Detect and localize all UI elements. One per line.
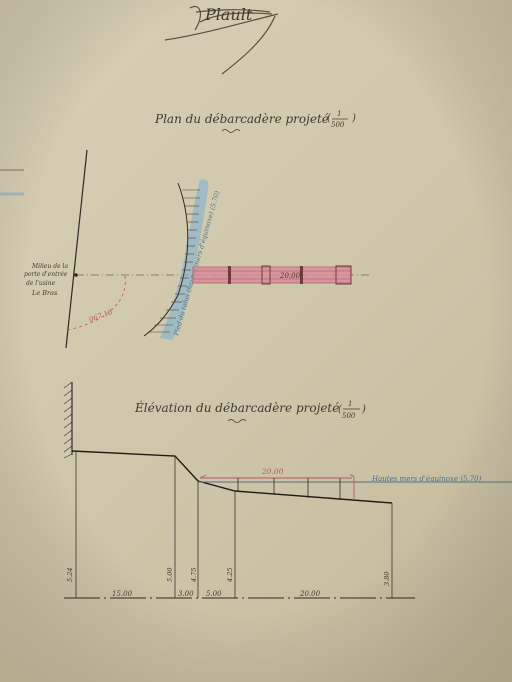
svg-text:3.80: 3.80 [383,572,391,586]
svg-text:5.00: 5.00 [206,590,222,598]
elevation-scale-num: 1 [348,400,352,408]
svg-text:20.00: 20.00 [299,590,321,598]
svg-text:Le Bras: Le Bras [31,289,58,297]
plan-scale-num: 1 [337,110,341,118]
svg-text:5.00: 5.00 [166,568,174,582]
svg-text:4.75: 4.75 [190,568,198,583]
svg-text:15.00: 15.00 [112,590,133,598]
plan-pier: 20.00 [193,266,351,284]
svg-text:porte d'entrée: porte d'entrée [24,271,68,278]
svg-text:4.25: 4.25 [226,568,234,583]
svg-text:3.00: 3.00 [178,590,194,598]
svg-text:): ) [351,113,356,124]
engineering-drawing-sheet: Plault Plan du débarcadère projeté ( 1 5… [0,0,512,682]
svg-text:): ) [361,404,366,415]
plan-scale-den: 500 [331,121,345,129]
drawing-canvas: Plault Plan du débarcadère projeté ( 1 5… [0,0,512,682]
signature-text: Plault [204,5,253,24]
elevation-water-label: Hautes mers d'équinoxe (5.70) [371,475,482,483]
svg-text:5.24: 5.24 [66,568,74,582]
plan-title-text: Plan du débarcadère projeté [154,112,329,126]
elevation-pier-length: 20.00 [261,467,284,476]
elevation-title-text: Élévation du débarcadère projeté [134,400,339,415]
plan-pier-length: 20.00 [279,272,301,280]
svg-text:Milieu de la: Milieu de la [31,263,68,270]
svg-text:de l'usine: de l'usine [26,280,56,287]
elevation-scale-den: 500 [342,412,356,420]
